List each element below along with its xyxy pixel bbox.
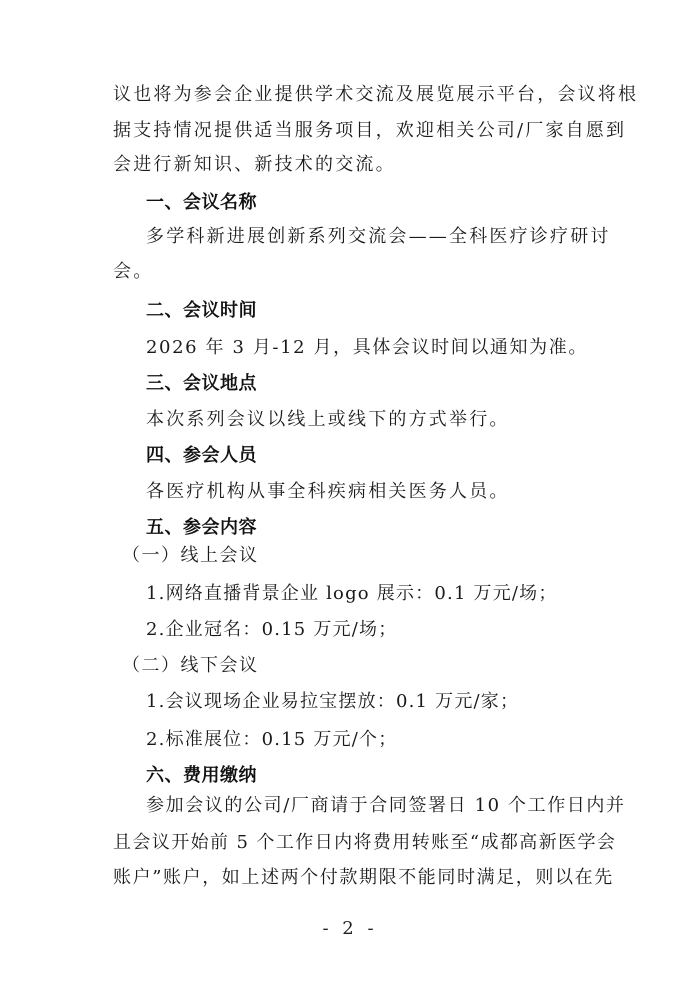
meeting-name-line-1: 多学科新进展创新系列交流会——全科医疗诊疗研讨 <box>146 226 588 248</box>
section-heading-meeting-location: 三、会议地点 <box>146 373 621 395</box>
online-item-1: 1.网络直播背景企业 logo 展示：0.1 万元/场； <box>146 583 621 605</box>
attendees-text: 各医疗机构从事全科疾病相关医务人员。 <box>146 481 621 503</box>
online-item-2: 2.企业冠名：0.15 万元/场； <box>146 619 621 641</box>
meeting-time-text: 2026 年 3 月-12 月，具体会议时间以通知为准。 <box>146 337 621 359</box>
document-page: 议也将为参会企业提供学术交流及展览展示平台，会议将根 据支持情况提供适当服务项目… <box>0 0 700 989</box>
section-heading-payment: 六、费用缴纳 <box>146 765 621 787</box>
offline-item-1: 1.会议现场企业易拉宝摆放：0.1 万元/家； <box>146 691 621 713</box>
intro-line-1: 议也将为参会企业提供学术交流及展览展示平台，会议将根 <box>113 84 588 106</box>
meeting-name-line-2: 会。 <box>113 261 588 283</box>
meeting-location-text: 本次系列会议以线上或线下的方式举行。 <box>146 409 621 431</box>
payment-line-3: 账户”账户，如上述两个付款期限不能同时满足，则以在先 <box>113 867 588 889</box>
intro-line-2: 据支持情况提供适当服务项目，欢迎相关公司/厂家自愿到 <box>113 120 588 142</box>
section-heading-meeting-time: 二、会议时间 <box>146 300 621 322</box>
intro-line-3: 会进行新知识、新技术的交流。 <box>113 154 588 176</box>
section-heading-attendees: 四、参会人员 <box>146 445 621 467</box>
subheading-online-meeting: （一）线上会议 <box>122 545 597 567</box>
page-number: - 2 - <box>0 918 700 939</box>
payment-line-1: 参加会议的公司/厂商请于合同签署日 10 个工作日内并 <box>146 795 588 817</box>
section-heading-content: 五、参会内容 <box>146 517 621 539</box>
subheading-offline-meeting: （二）线下会议 <box>122 655 597 677</box>
payment-line-2: 且会议开始前 5 个工作日内将费用转账至“成都高新医学会 <box>113 832 588 854</box>
section-heading-meeting-name: 一、会议名称 <box>146 192 621 214</box>
offline-item-2: 2.标准展位：0.15 万元/个； <box>146 729 621 751</box>
